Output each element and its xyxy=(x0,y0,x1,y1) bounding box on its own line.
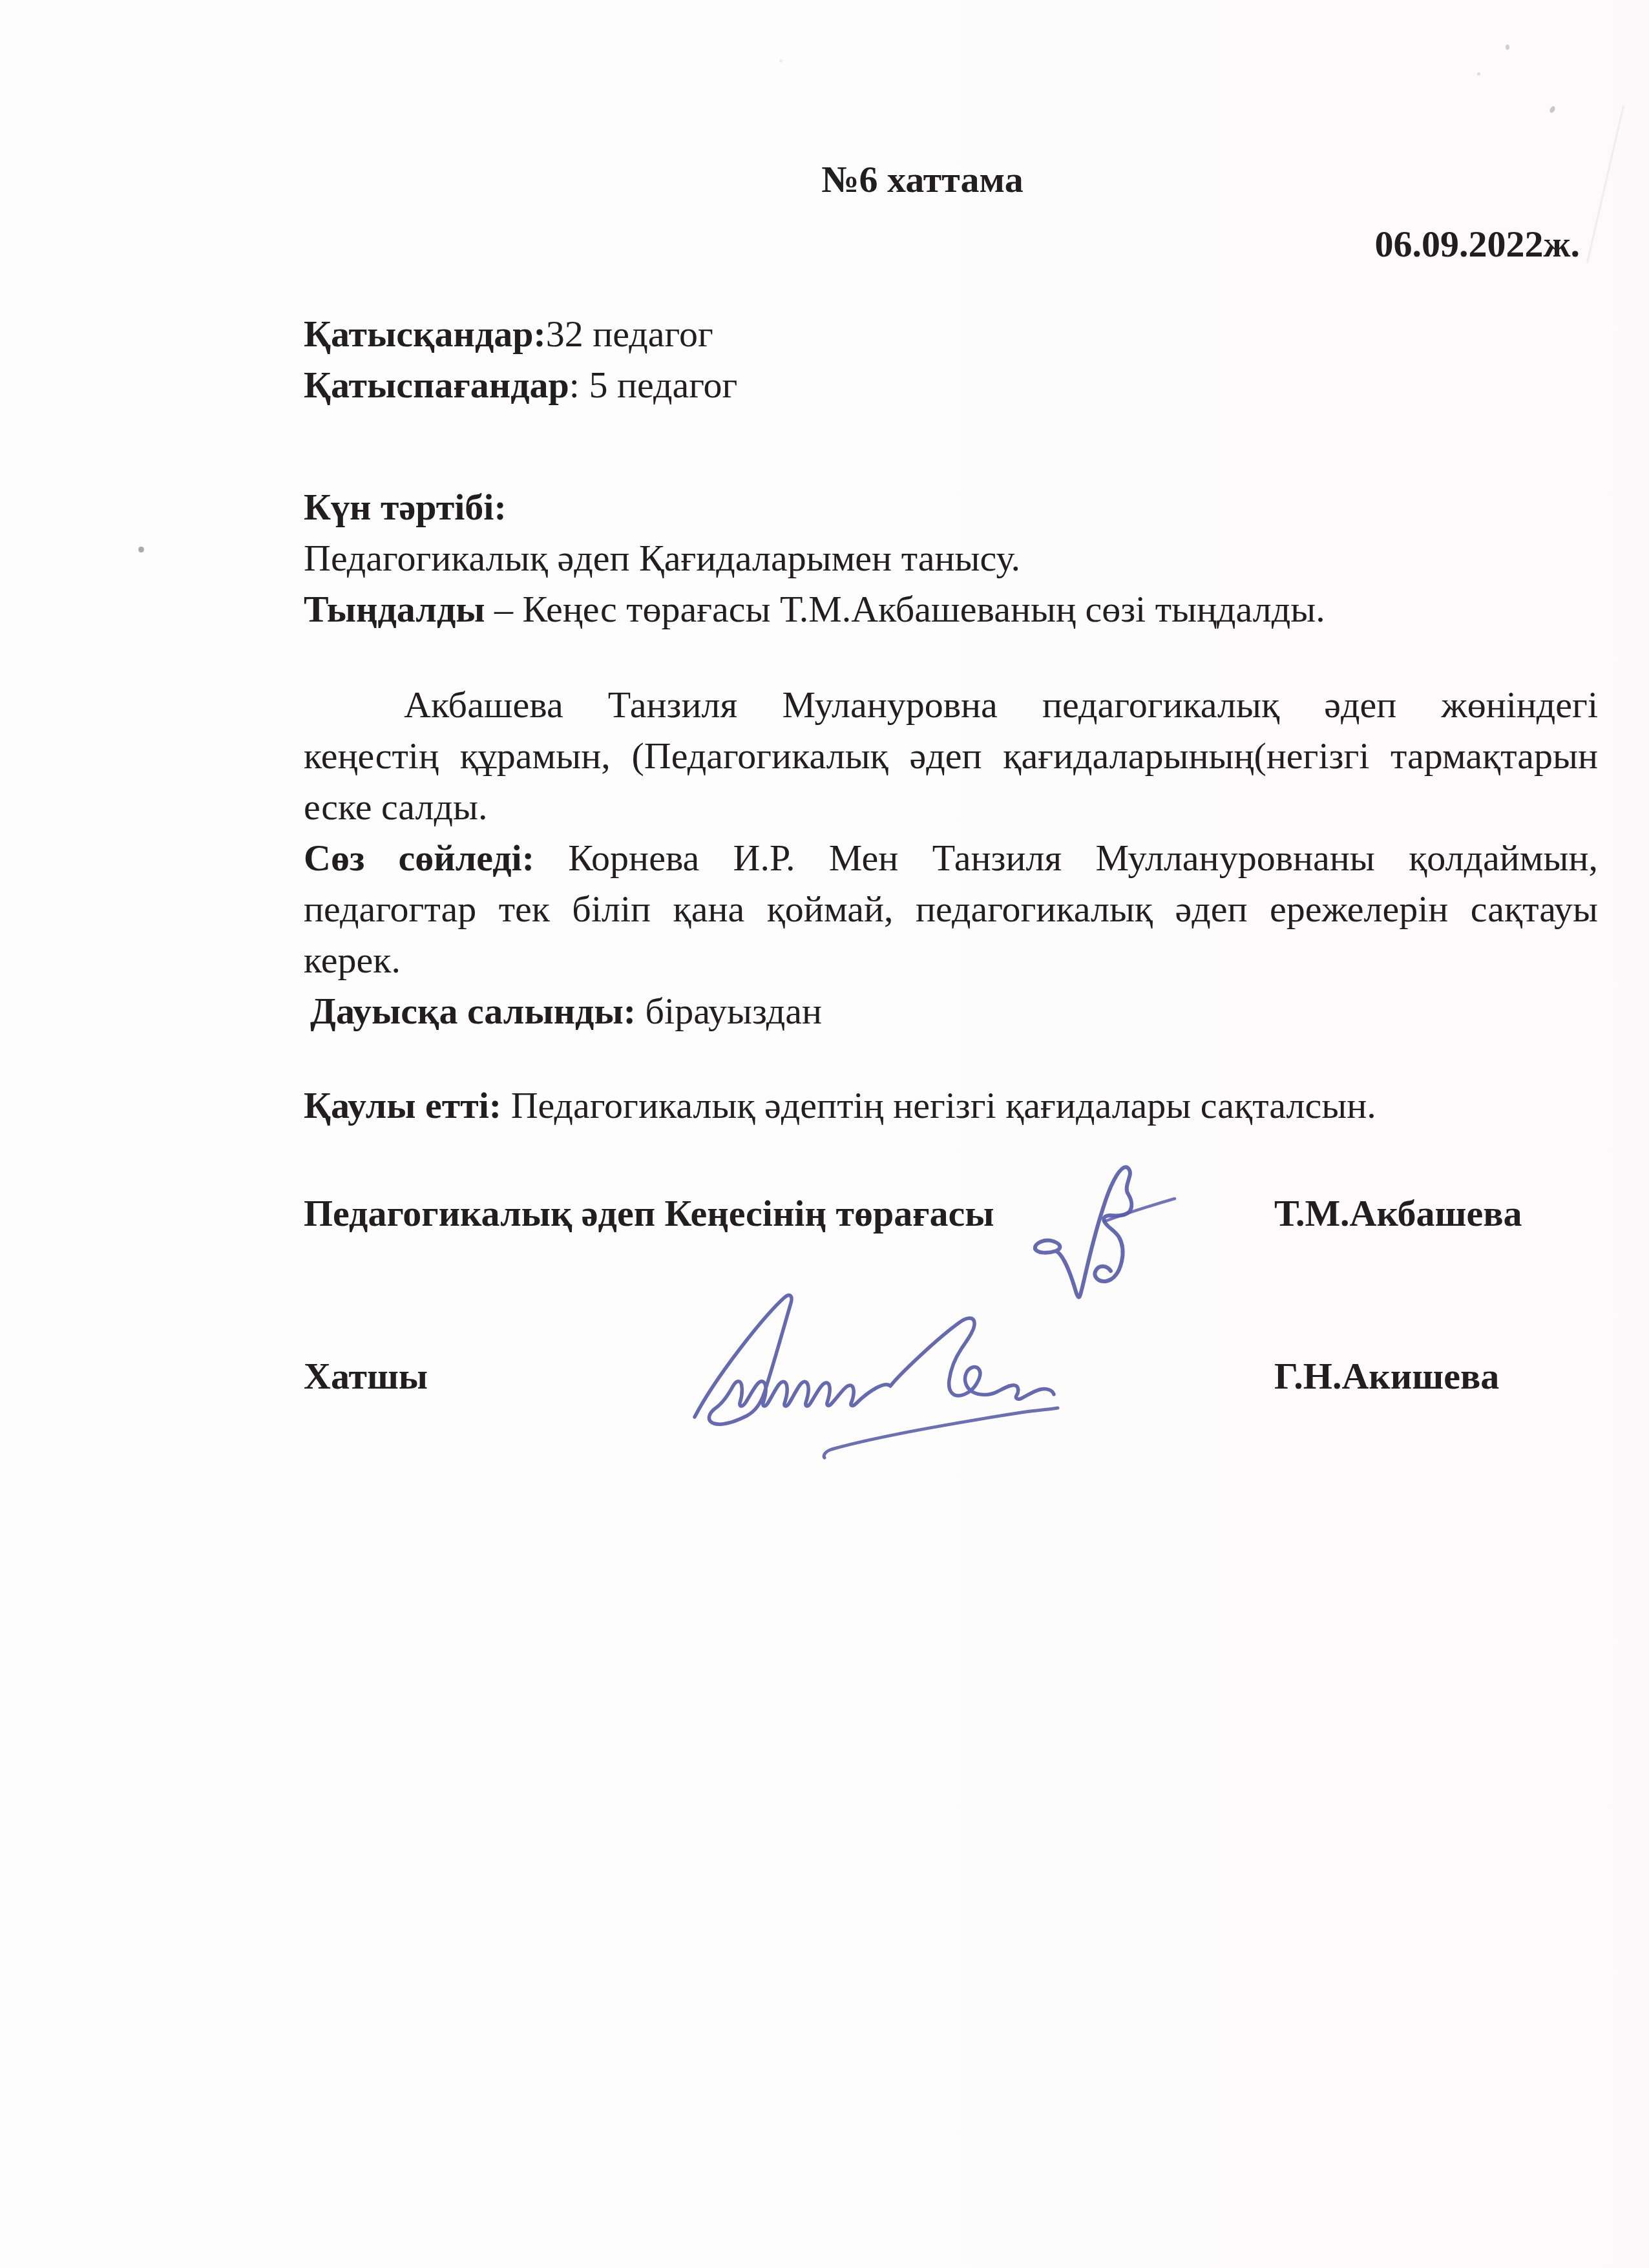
secretary-signature xyxy=(666,1276,1086,1470)
scan-speck xyxy=(1549,105,1556,114)
agenda-section: Күн тәртібі: Педагогикалық әдеп Қағидала… xyxy=(304,481,1598,635)
scanned-protocol-document: №6 хаттама 06.09.2022ж. Қатысқандар:32 п… xyxy=(0,0,1649,2268)
scan-speck xyxy=(1477,72,1480,76)
chair-signature-flourish xyxy=(1105,1199,1175,1221)
speech-line-3: керек. xyxy=(304,934,1598,985)
scan-speck xyxy=(1506,45,1509,50)
secretary-title: Хатшы xyxy=(304,1350,428,1402)
attendees-section: Қатысқандар:32 педагог Қатыспағандар: 5 … xyxy=(304,308,1598,410)
heard-text: – Кеңес төрағасы Т.М.Акбашеваның сөзі ты… xyxy=(485,588,1325,630)
absent-label: Қатыспағандар xyxy=(304,364,569,406)
paragraph-line-3: еске салды. xyxy=(304,781,1598,832)
present-label: Қатысқандар: xyxy=(304,313,546,355)
decision-text: Педагогикалық әдептің негізгі қағидалары… xyxy=(501,1084,1376,1126)
secretary-signature-underline xyxy=(824,1408,1058,1458)
document-title: №6 хаттама xyxy=(275,154,1570,205)
speech-line-2: педагогтар тек біліп қана қоймай, педаго… xyxy=(304,883,1598,934)
chair-title: Педагогикалық әдеп Кеңесінің төрағасы xyxy=(304,1188,994,1239)
vote-line: Дауысқа салынды: бірауыздан xyxy=(304,985,1598,1036)
scan-speck xyxy=(138,547,144,552)
vote-label: Дауысқа салынды: xyxy=(310,990,636,1032)
body-section: Акбашева Танзиля Мулануровна педагогикал… xyxy=(304,679,1598,1036)
chair-name: Т.М.Акбашева xyxy=(1274,1188,1522,1239)
heard-line: Тыңдалды – Кеңес төрағасы Т.М.Акбашеваны… xyxy=(304,583,1598,635)
decision-label: Қаулы етті: xyxy=(304,1084,501,1126)
vote-value: бірауыздан xyxy=(636,990,822,1032)
document-date: 06.09.2022ж. xyxy=(304,218,1598,269)
secretary-name: Г.Н.Акишева xyxy=(1274,1350,1499,1402)
agenda-heading: Күн тәртібі: xyxy=(304,481,1598,532)
speech-label: Сөз сөйледі: xyxy=(304,837,534,879)
decision-line: Қаулы етті: Педагогикалық әдептің негізг… xyxy=(304,1080,1598,1131)
agenda-item: Педагогикалық әдеп Қағидаларымен танысу. xyxy=(304,532,1598,583)
absent-value: : 5 педагог xyxy=(569,364,738,406)
present-value: 32 педагог xyxy=(546,313,713,355)
paragraph-line-1: Акбашева Танзиля Мулануровна педагогикал… xyxy=(304,679,1598,730)
scan-speck xyxy=(779,59,782,63)
absent-line: Қатыспағандар: 5 педагог xyxy=(304,359,1598,410)
present-line: Қатысқандар:32 педагог xyxy=(304,308,1598,359)
scan-scratch xyxy=(1586,105,1624,263)
speech-line-1: Сөз сөйледі: Корнева И.Р. Мен Танзиля Му… xyxy=(304,832,1598,883)
heard-label: Тыңдалды xyxy=(304,588,485,630)
secretary-signature-stroke xyxy=(695,1295,1054,1424)
paragraph-line-2: кеңестің құрамын, (Педагогикалық әдеп қа… xyxy=(304,730,1598,781)
speech-text: Корнева И.Р. Мен Танзиля Муллануровнаны … xyxy=(534,837,1598,879)
